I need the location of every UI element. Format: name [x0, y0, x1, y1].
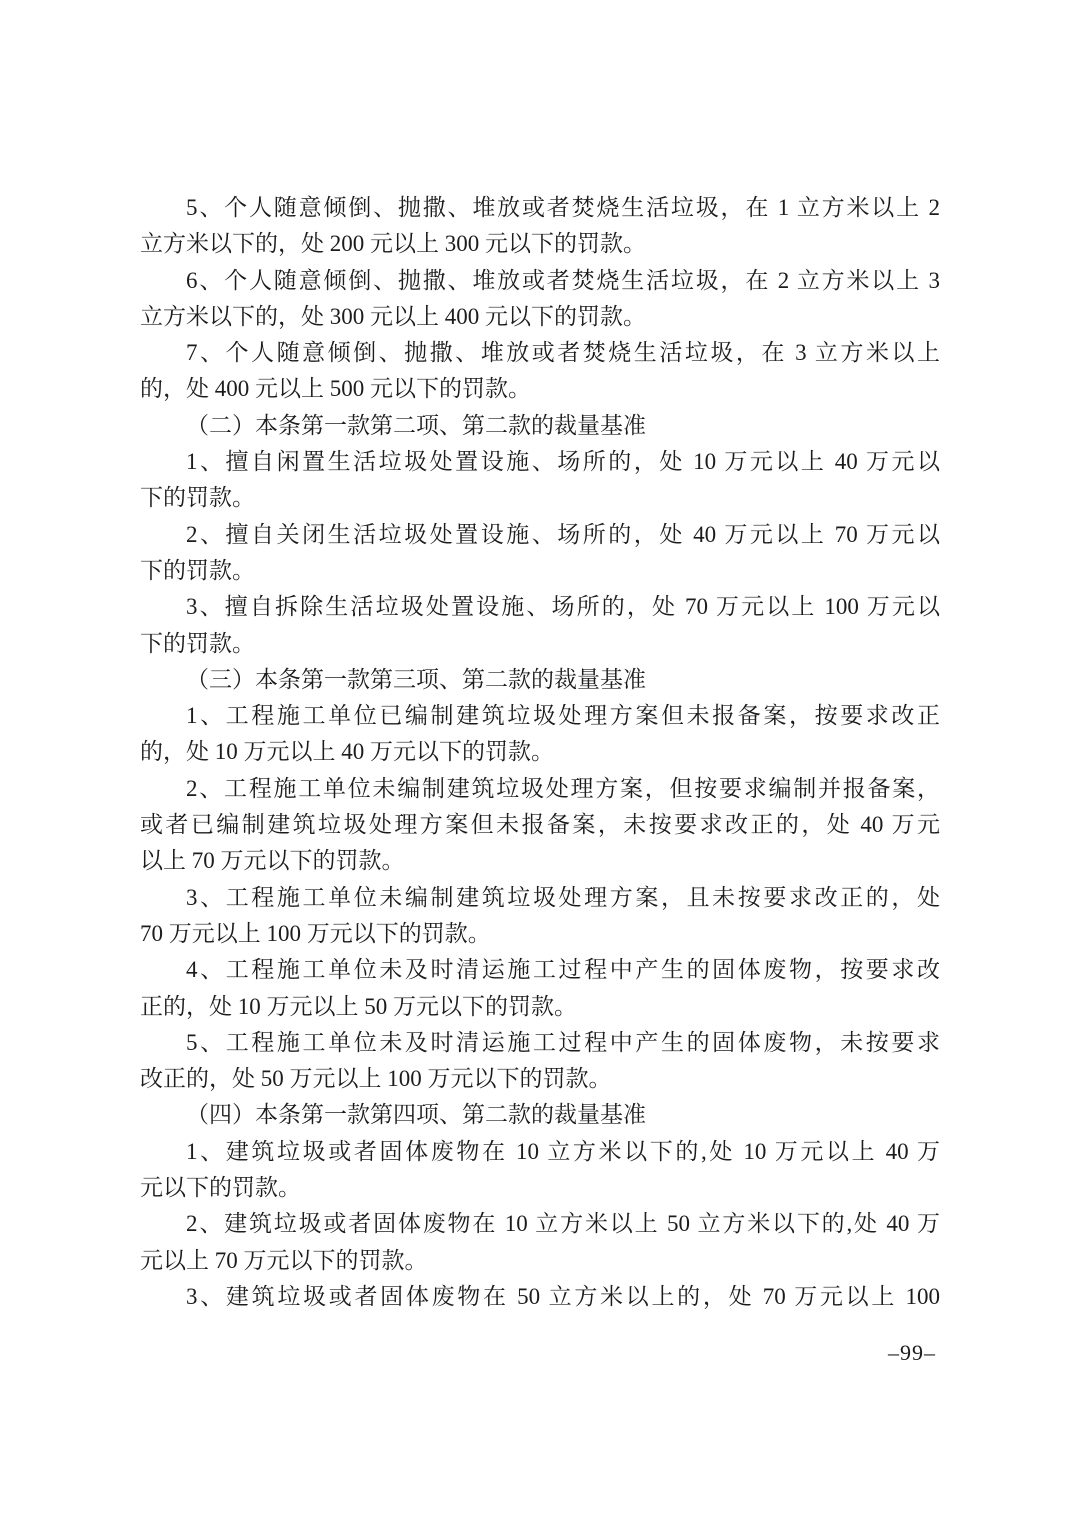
text-line: 元以上 70 万元以下的罚款。 [140, 1243, 940, 1279]
text-line: 2、工程施工单位未编制建筑垃圾处理方案，但按要求编制并报备案， [140, 771, 940, 807]
text-line: 以上 70 万元以下的罚款。 [140, 843, 940, 879]
text-line: 下的罚款。 [140, 553, 940, 589]
text-line: 2、擅自关闭生活垃圾处置设施、场所的，处 40 万元以上 70 万元以 [140, 517, 940, 553]
text-line: 7、个人随意倾倒、抛撒、堆放或者焚烧生活垃圾，在 3 立方米以上 [140, 335, 940, 371]
text-line: 70 万元以上 100 万元以下的罚款。 [140, 916, 940, 952]
text-line: 的，处 400 元以上 500 元以下的罚款。 [140, 371, 940, 407]
document-text-block: 5、个人随意倾倒、抛撒、堆放或者焚烧生活垃圾，在 1 立方米以上 2立方米以下的… [140, 190, 940, 1315]
text-line: 立方米以下的，处 300 元以上 400 元以下的罚款。 [140, 299, 940, 335]
text-line: 4、工程施工单位未及时清运施工过程中产生的固体废物，按要求改 [140, 952, 940, 988]
text-line: （二）本条第一款第二项、第二款的裁量基准 [140, 408, 940, 444]
text-line: 1、擅自闲置生活垃圾处置设施、场所的，处 10 万元以上 40 万元以 [140, 444, 940, 480]
text-line: （四）本条第一款第四项、第二款的裁量基准 [140, 1097, 940, 1133]
document-page: 5、个人随意倾倒、抛撒、堆放或者焚烧生活垃圾，在 1 立方米以上 2立方米以下的… [0, 0, 1075, 1520]
text-line: 或者已编制建筑垃圾处理方案但未报备案，未按要求改正的，处 40 万元 [140, 807, 940, 843]
text-line: 3、擅自拆除生活垃圾处置设施、场所的，处 70 万元以上 100 万元以 [140, 589, 940, 625]
text-line: 下的罚款。 [140, 480, 940, 516]
page-number: –99– [888, 1340, 958, 1366]
text-line: 元以下的罚款。 [140, 1170, 940, 1206]
text-line: 的，处 10 万元以上 40 万元以下的罚款。 [140, 734, 940, 770]
text-line: 5、个人随意倾倒、抛撒、堆放或者焚烧生活垃圾，在 1 立方米以上 2 [140, 190, 940, 226]
text-line: 5、工程施工单位未及时清运施工过程中产生的固体废物，未按要求 [140, 1025, 940, 1061]
text-line: 1、工程施工单位已编制建筑垃圾处理方案但未报备案，按要求改正 [140, 698, 940, 734]
text-line: （三）本条第一款第三项、第二款的裁量基准 [140, 662, 940, 698]
text-line: 3、建筑垃圾或者固体废物在 50 立方米以上的，处 70 万元以上 100 [140, 1279, 940, 1315]
text-line: 下的罚款。 [140, 626, 940, 662]
text-line: 3、工程施工单位未编制建筑垃圾处理方案，且未按要求改正的，处 [140, 880, 940, 916]
text-line: 正的，处 10 万元以上 50 万元以下的罚款。 [140, 989, 940, 1025]
text-line: 6、个人随意倾倒、抛撒、堆放或者焚烧生活垃圾，在 2 立方米以上 3 [140, 263, 940, 299]
text-line: 改正的，处 50 万元以上 100 万元以下的罚款。 [140, 1061, 940, 1097]
text-line: 1、建筑垃圾或者固体废物在 10 立方米以下的,处 10 万元以上 40 万 [140, 1134, 940, 1170]
text-line: 立方米以下的，处 200 元以上 300 元以下的罚款。 [140, 226, 940, 262]
text-line: 2、建筑垃圾或者固体废物在 10 立方米以上 50 立方米以下的,处 40 万 [140, 1206, 940, 1242]
